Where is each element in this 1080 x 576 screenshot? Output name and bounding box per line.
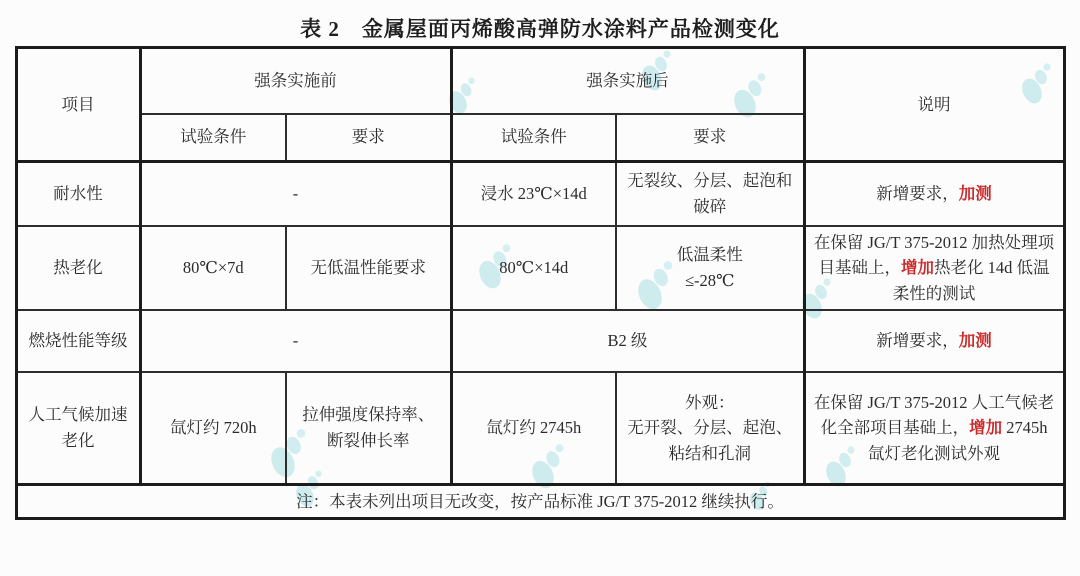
header-requirement-after: 要求 [616,114,804,162]
water-requirement-after: 无裂纹、分层、起泡和破碎 [616,162,804,226]
header-test-condition-after: 试验条件 [451,114,616,162]
item-heat-aging: 热老化 [16,226,140,311]
document-page: 表 2 金属屋面丙烯酸高弹防水涂料产品检测变化 项目 强条实施前 强条实施后 说… [0,0,1080,576]
item-combustion-grade: 燃烧性能等级 [16,310,140,372]
fire-after-combined: B2 级 [451,310,804,372]
table-row-artificial-aging: 人工气候加速老化 氙灯约 720h 拉伸强度保持率、断裂伸长率 氙灯约 2745… [16,372,1064,484]
aging-condition-after: 氙灯约 2745h [451,372,616,484]
fire-note: 新增要求，加测 [804,310,1064,372]
heat-requirement-after: 低温柔性≤-28℃ [616,226,804,311]
heat-condition-after: 80℃×14d [451,226,616,311]
heat-note: 在保留 JG/T 375-2012 加热处理项目基础上，增加热老化 14d 低温… [804,226,1064,311]
fire-before-combined: - [140,310,451,372]
table-row-combustion-grade: 燃烧性能等级 - B2 级 新增要求，加测 [16,310,1064,372]
header-after-group: 强条实施后 [451,48,804,114]
header-item: 项目 [16,48,140,162]
table-row-footnote: 注：本表未列出项目无改变，按产品标准 JG/T 375-2012 继续执行。 [16,484,1064,519]
header-test-condition-before: 试验条件 [140,114,286,162]
fire-note-highlight: 加测 [959,331,992,350]
water-note-text: 新增要求， [876,184,959,203]
header-before-group: 强条实施前 [140,48,451,114]
item-water-resistance: 耐水性 [16,162,140,226]
item-artificial-aging: 人工气候加速老化 [16,372,140,484]
table-row-water-resistance: 耐水性 - 浸水 23℃×14d 无裂纹、分层、起泡和破碎 新增要求，加测 [16,162,1064,226]
table-title: 表 2 金属屋面丙烯酸高弹防水涂料产品检测变化 [0,0,1080,45]
table-footnote: 注：本表未列出项目无改变，按产品标准 JG/T 375-2012 继续执行。 [16,484,1064,519]
water-note: 新增要求，加测 [804,162,1064,226]
water-note-highlight: 加测 [959,184,992,203]
aging-note-highlight: 增加 [969,418,1002,437]
spec-change-table: 项目 强条实施前 强条实施后 说明 试验条件 要求 试验条件 要求 耐水性 - … [15,46,1066,520]
header-note: 说明 [804,48,1064,162]
heat-note-highlight: 增加 [901,258,934,277]
heat-requirement-before: 无低温性能要求 [286,226,451,311]
header-requirement-before: 要求 [286,114,451,162]
heat-condition-before: 80℃×7d [140,226,286,311]
water-condition-after: 浸水 23℃×14d [451,162,616,226]
aging-requirement-before: 拉伸强度保持率、断裂伸长率 [286,372,451,484]
aging-requirement-after: 外观：无开裂、分层、起泡、粘结和孔洞 [616,372,804,484]
aging-condition-before: 氙灯约 720h [140,372,286,484]
aging-note: 在保留 JG/T 375-2012 人工气候老化全部项目基础上，增加 2745h… [804,372,1064,484]
table-row-heat-aging: 热老化 80℃×7d 无低温性能要求 80℃×14d 低温柔性≤-28℃ 在保留… [16,226,1064,311]
water-before-combined: - [140,162,451,226]
